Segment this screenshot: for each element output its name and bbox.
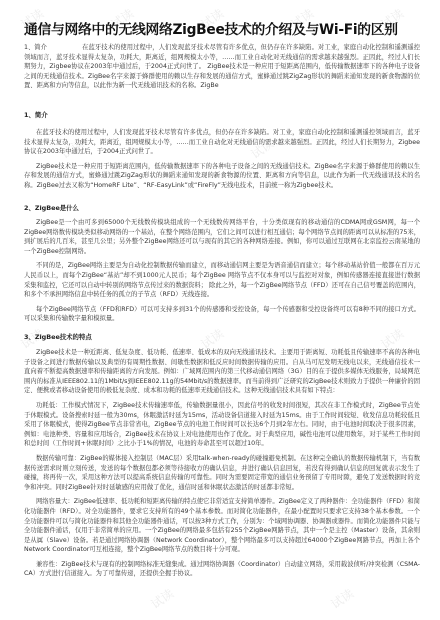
paragraph: 在蓝牙技术的使用过程中，人们发现蓝牙技术尽管有许多优点，但仍存在许多缺陷。对工业… [24,128,420,157]
paragraph: 兼容性：ZigBee技术与现有的控制网络标准无缝集成。通过网络协调器（Coord… [24,560,420,579]
paragraph: ZigBee技术是一种应用于短距离范围内，低传输数据速率下的各种电子设备之间的无… [24,162,420,191]
paragraph: 不同的是，ZigBee网络主要是为自动化控制数据传输而建立，而移动通信网主要是为… [24,261,420,299]
paragraph: 每个ZigBee网络节点（FFD和RFD）可以可支持多到31个的传感器和受控设备… [24,305,420,324]
paragraph: 数据传输可靠：ZigBee的媒体接入控制层（MAC层）采用talk-when-r… [24,454,420,492]
summary-text: 在蓝牙技术的使用过程中，人们发现蓝牙技术尽管有许多优点，但仍存在许多缺陷。对工业… [24,44,420,89]
section-heading-what: 2、ZigBee是什么 [24,203,79,212]
document-title: 通信与网络中的无线网络ZigBee技术的介绍及与Wi-Fi的区别 [24,18,424,38]
paragraph: 功耗低：工作模式情况下，ZigBee技术传输速率低，传输数据量很小，因此信号的收… [24,401,420,449]
section-features-body: ZigBee技术是一种近距离、低复杂度、低功耗、低速率、低成本的双向无线通讯技术… [24,348,420,579]
summary-block: 1、简介在蓝牙技术的使用过程中，人们发现蓝牙技术尽管有许多优点，但仍存在许多缺陷… [24,43,420,91]
section-heading-features: 3、ZigBee技术的特点 [24,332,92,341]
paragraph: 网络容量大：ZigBee低速率、低功耗和短距离传输的特点使它非常适宜支持简单器件… [24,497,420,555]
section-heading-intro: 1、简介 [24,110,48,119]
paragraph: ZigBee技术是一种近距离、低复杂度、低功耗、低速率、低成本的双向无线通讯技术… [24,348,420,396]
watermark: 试读 [147,585,176,613]
section-what-body: ZigBee是一个由可多到65000个无线数传模块组成的一个无线数传网络平台，十… [24,218,420,324]
summary-label: 1、简介 [24,43,82,53]
watermark: 试读 [327,585,356,613]
section-intro-body: 在蓝牙技术的使用过程中，人们发现蓝牙技术尽管有许多优点，但仍存在许多缺陷。对工业… [24,128,420,191]
paragraph: ZigBee是一个由可多到65000个无线数传模块组成的一个无线数传网络平台，十… [24,218,420,256]
